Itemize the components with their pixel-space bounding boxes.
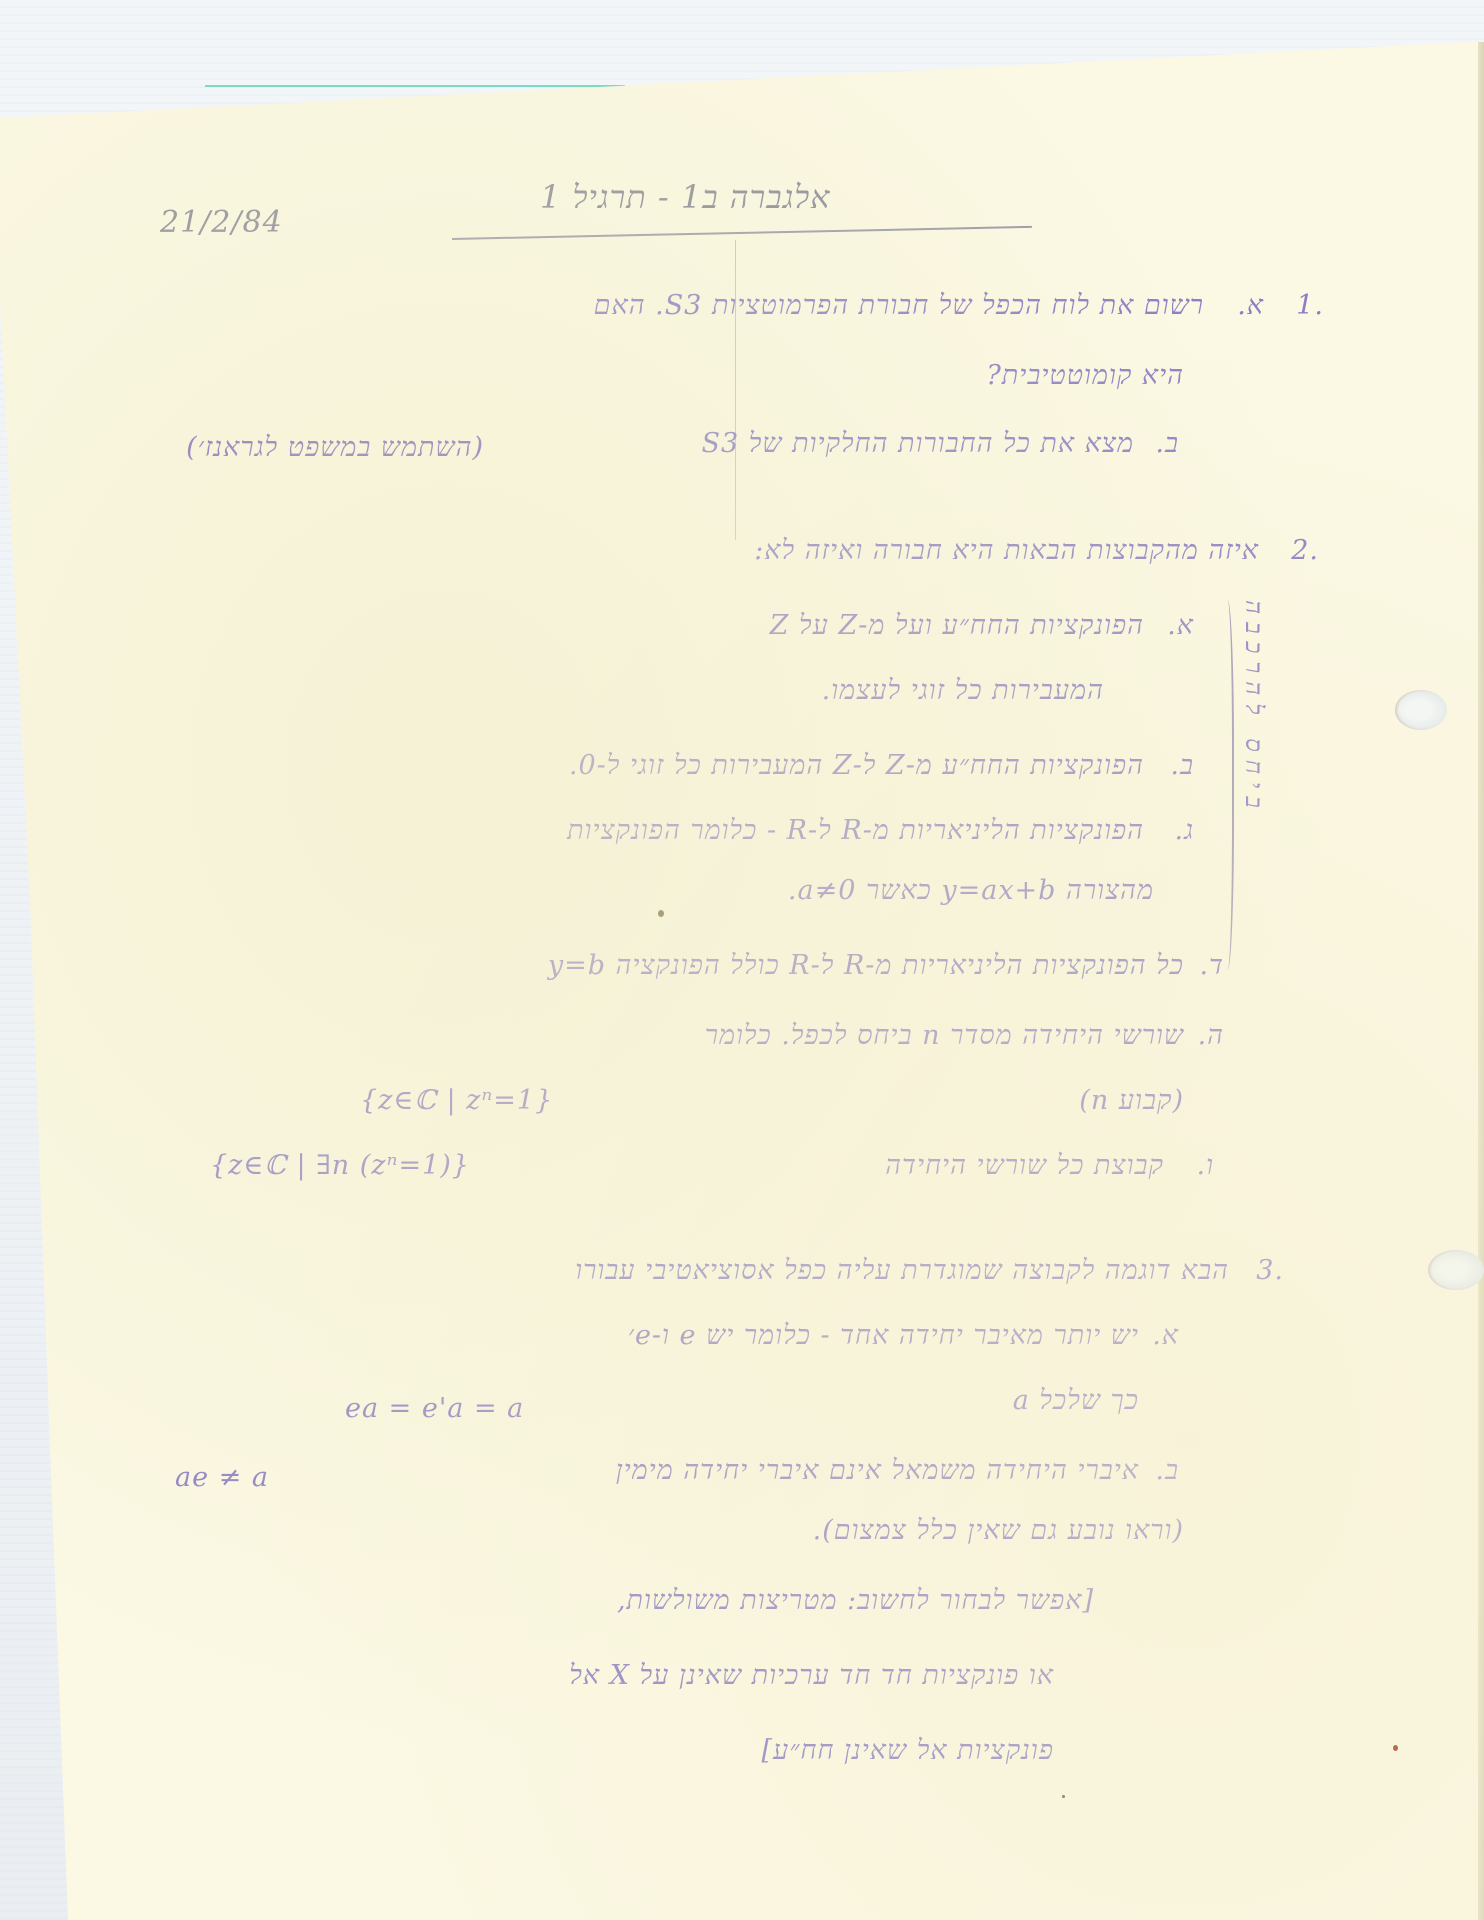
page-right-edge [1478,42,1484,1920]
page-title: אלגברה ב1 - תרגיל 1 [540,178,830,216]
part-label: א. [1237,290,1264,321]
part-label: א. [1167,610,1194,641]
part-continuation: (וראו נובע גם שאין כלל צמצום). [813,1515,1184,1546]
bracket [1218,600,1234,970]
math-expression: {z∈ℂ | zⁿ=1} [360,1085,553,1116]
side-note: ביחס להרכבה [1240,600,1268,816]
part-continuation: מהצורה y=ax+b כאשר a≠0. [788,875,1154,906]
footnote-line: או פונקציות חד חד ערכיות שאינן על X אל [569,1660,1054,1691]
part-text: רשום את לוח הכפל של חבורת הפרמוטציות S3.… [594,290,1204,321]
question-text: איזה מהקבוצות הבאות היא חבורה ואיזה לא: [754,535,1259,566]
part-note: (השתמש במשפט לגראנז׳) [186,432,484,463]
part-text: הפונקציות החח״ע ועל מ-Z על Z [770,610,1144,641]
ink-speck [1062,1795,1065,1798]
part-continuation: היא קומוטטיבית? [986,360,1184,391]
part-note: (n קבוע) [1079,1085,1184,1116]
part-text: שורשי היחידה מסדר n ביחס לכפל. כלומר [705,1020,1184,1051]
question-number: 3. [1256,1255,1284,1286]
title-underline [452,226,1032,240]
part-text: כל הפונקציות הליניאריות מ-R ל-R כולל הפו… [548,950,1184,981]
punch-hole-icon [1428,1250,1484,1290]
part-text: הפונקציות החח״ע מ-Z ל-Z המעבירות כל זוגי… [569,750,1144,781]
part-text: הפונקציות הליניאריות מ-R ל-R - כלומר הפו… [567,815,1144,846]
part-text: מצא את כל החבורות החלקיות של S3 [702,428,1134,459]
part-continuation: המעבירות כל זוגי לעצמו. [822,675,1104,706]
part-label: ו. [1197,1150,1215,1181]
fold-line [735,240,736,540]
part-label: א. [1152,1320,1179,1351]
part-label: ה. [1198,1020,1224,1051]
part-label: ג. [1175,815,1195,846]
part-label: ד. [1199,950,1224,981]
scan-artifact-line [205,85,625,87]
part-label: ב. [1155,428,1179,459]
part-text: קבוצת כל שורשי היחידה [885,1150,1164,1181]
math-expression: ae ≠ a [175,1462,269,1493]
math-expression: {z∈ℂ | ∃n (zⁿ=1)} [210,1150,470,1181]
date: 21/2/84 [160,205,283,240]
footnote-line: פונקציות אל שאינן חח״ע] [761,1735,1054,1766]
question-number: 1. [1296,290,1324,321]
question-text: הבא דוגמה לקבוצה שמוגדרת עליה כפל אסוציא… [575,1255,1229,1286]
part-continuation: כך שלכל a [1013,1385,1139,1416]
part-text: יש יותר מאיבר יחידה אחד - כלומר יש e ו-e… [628,1320,1139,1351]
part-label: ב. [1155,1455,1179,1486]
math-expression: ea = e'a = a [345,1393,524,1424]
ink-speck [1393,1745,1398,1751]
footnote-line: [אפשר לבחור לחשוב: מטריצות משולשות, [617,1585,1094,1616]
question-number: 2. [1291,535,1319,566]
notebook-page: 21/2/84 אלגברה ב1 - תרגיל 1 1. א. רשום א… [0,0,1484,1920]
punch-hole-icon [1395,690,1447,730]
part-text: איברי היחידה משמאל אינם איברי יחידה מימי… [616,1455,1139,1486]
ink-speck [658,910,664,917]
part-label: ב. [1170,750,1194,781]
